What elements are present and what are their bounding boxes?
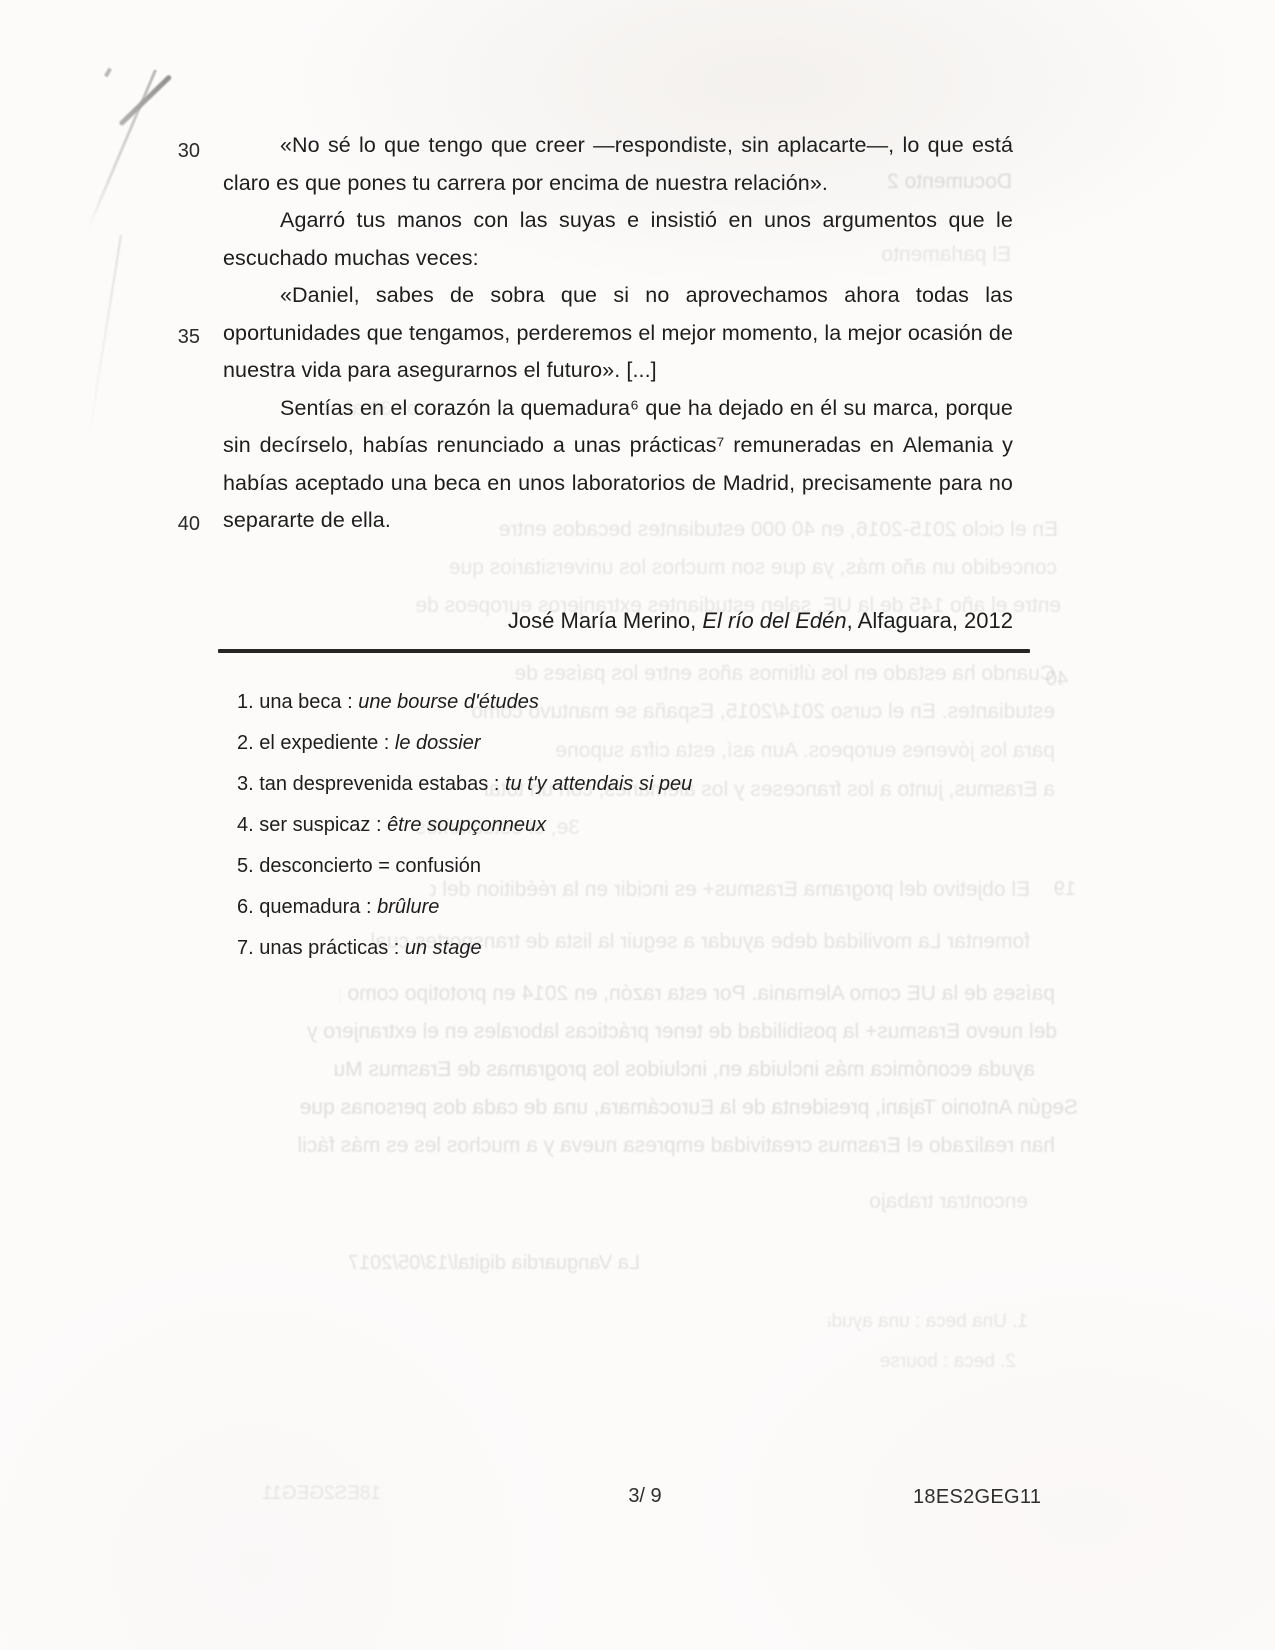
footnote-spanish: 6. quemadura : <box>237 896 377 918</box>
bleedthrough-line: La Vanguardia digital/13/05/2017 <box>340 1252 640 1274</box>
literary-excerpt: «No sé lo que tengo que creer —respondis… <box>223 127 1013 540</box>
exam-code: 18ES2GEG11 <box>913 1486 1043 1509</box>
attribution-author: José María Merino, <box>508 608 702 633</box>
footnote-spanish: 3. tan desprevenida estabas : <box>237 773 505 795</box>
line-number-30: 30 <box>150 140 200 163</box>
text-line: Sentías en el corazón la quemadura⁶ que … <box>223 390 1013 428</box>
text-line: «Daniel, sabes de sobra que si no aprove… <box>223 277 1013 315</box>
line-number-40: 40 <box>150 513 200 536</box>
footnotes-list: 1. una beca : une bourse d'études 2. el … <box>237 682 937 969</box>
footnote-item: 2. el expediente : le dossier <box>237 723 937 764</box>
footnote-spanish: 1. una beca : <box>237 691 358 713</box>
text-line: «No sé lo que tengo que creer —respondis… <box>223 127 1013 165</box>
bleedthrough-line: países de la UE como Alemania. Por esta … <box>340 982 1055 1005</box>
bleedthrough-line: concedido un año más, ya que son muchos … <box>335 556 1057 579</box>
footnote-french: être soupçonneux <box>387 814 546 836</box>
footnote-french: un stage <box>405 937 482 959</box>
pencil-tick <box>104 68 112 78</box>
footnote-item: 5. desconcierto = confusión <box>237 846 937 887</box>
source-attribution: José María Merino, El río del Edén, Alfa… <box>223 608 1013 634</box>
paper-crease-line <box>87 69 157 228</box>
footnote-spanish: 2. el expediente : <box>237 732 395 754</box>
paper-crease-tail <box>87 235 122 443</box>
bleedthrough-line: 2. beca : bourse <box>856 1352 1016 1373</box>
attribution-publisher-year: , Alfaguara, 2012 <box>847 608 1013 633</box>
footnote-french: le dossier <box>395 732 481 754</box>
attribution-work-title: El río del Edén <box>702 608 846 633</box>
bleedthrough-line: ayuda económica más incluida en, incluid… <box>335 1058 1035 1081</box>
footnote-french: tu t'y attendais si peu <box>505 773 692 795</box>
text-line: Agarró tus manos con las suyas e insisti… <box>223 202 1013 240</box>
footnote-item: 7. unas prácticas : un stage <box>237 928 937 969</box>
bleedthrough-line: 40 <box>1028 668 1068 690</box>
pencil-mark <box>118 74 172 126</box>
text-line: sin decírselo, habías renunciado a unas … <box>223 427 1013 465</box>
footnote-item: 3. tan desprevenida estabas : tu t'y att… <box>237 764 937 805</box>
bleedthrough-line: 1. Una beca : una ayuda <box>828 1312 1028 1333</box>
footnote-item: 6. quemadura : brûlure <box>237 887 937 928</box>
footnote-spanish: 7. unas prácticas : <box>237 937 405 959</box>
text-line: escuchado muchas veces: <box>223 240 1013 278</box>
footnote-item: 1. una beca : une bourse d'études <box>237 682 937 723</box>
footnote-item: 4. ser suspicaz : être soupçonneux <box>237 805 937 846</box>
footnote-separator-rule <box>218 649 1030 653</box>
bleedthrough-line: han realizado el Erasmus creatividad emp… <box>255 1134 1055 1157</box>
bleedthrough-line: encontrar trabajo <box>828 1190 1028 1213</box>
page-number: 3/ 9 <box>600 1485 690 1508</box>
bleedthrough-line: del nuevo Erasmus+ la posibilidad de ten… <box>300 1020 1057 1043</box>
bleedthrough-line: Según Antonio Tajani, presidenta de la E… <box>255 1096 1078 1119</box>
footnote-french: brûlure <box>377 896 439 918</box>
bleedthrough-line: 19 <box>1040 878 1076 900</box>
footnote-spanish: 4. ser suspicaz : <box>237 814 387 836</box>
bleedthrough-line: 18ES2GEG11 <box>256 1484 381 1505</box>
text-line: claro es que pones tu carrera por encima… <box>223 165 1013 203</box>
text-line: nuestra vida para asegurarnos el futuro»… <box>223 352 1013 390</box>
scanned-exam-page: Documento 2El parlamentoos 30 añosEn el … <box>0 0 1275 1650</box>
footnote-spanish: 5. desconcierto = confusión <box>237 855 481 877</box>
text-line: habías aceptado una beca en unos laborat… <box>223 465 1013 503</box>
text-line: separarte de ella. <box>223 502 1013 540</box>
footnote-french: une bourse d'études <box>358 691 539 713</box>
line-number-35: 35 <box>150 326 200 349</box>
text-line: oportunidades que tengamos, perderemos e… <box>223 315 1013 353</box>
